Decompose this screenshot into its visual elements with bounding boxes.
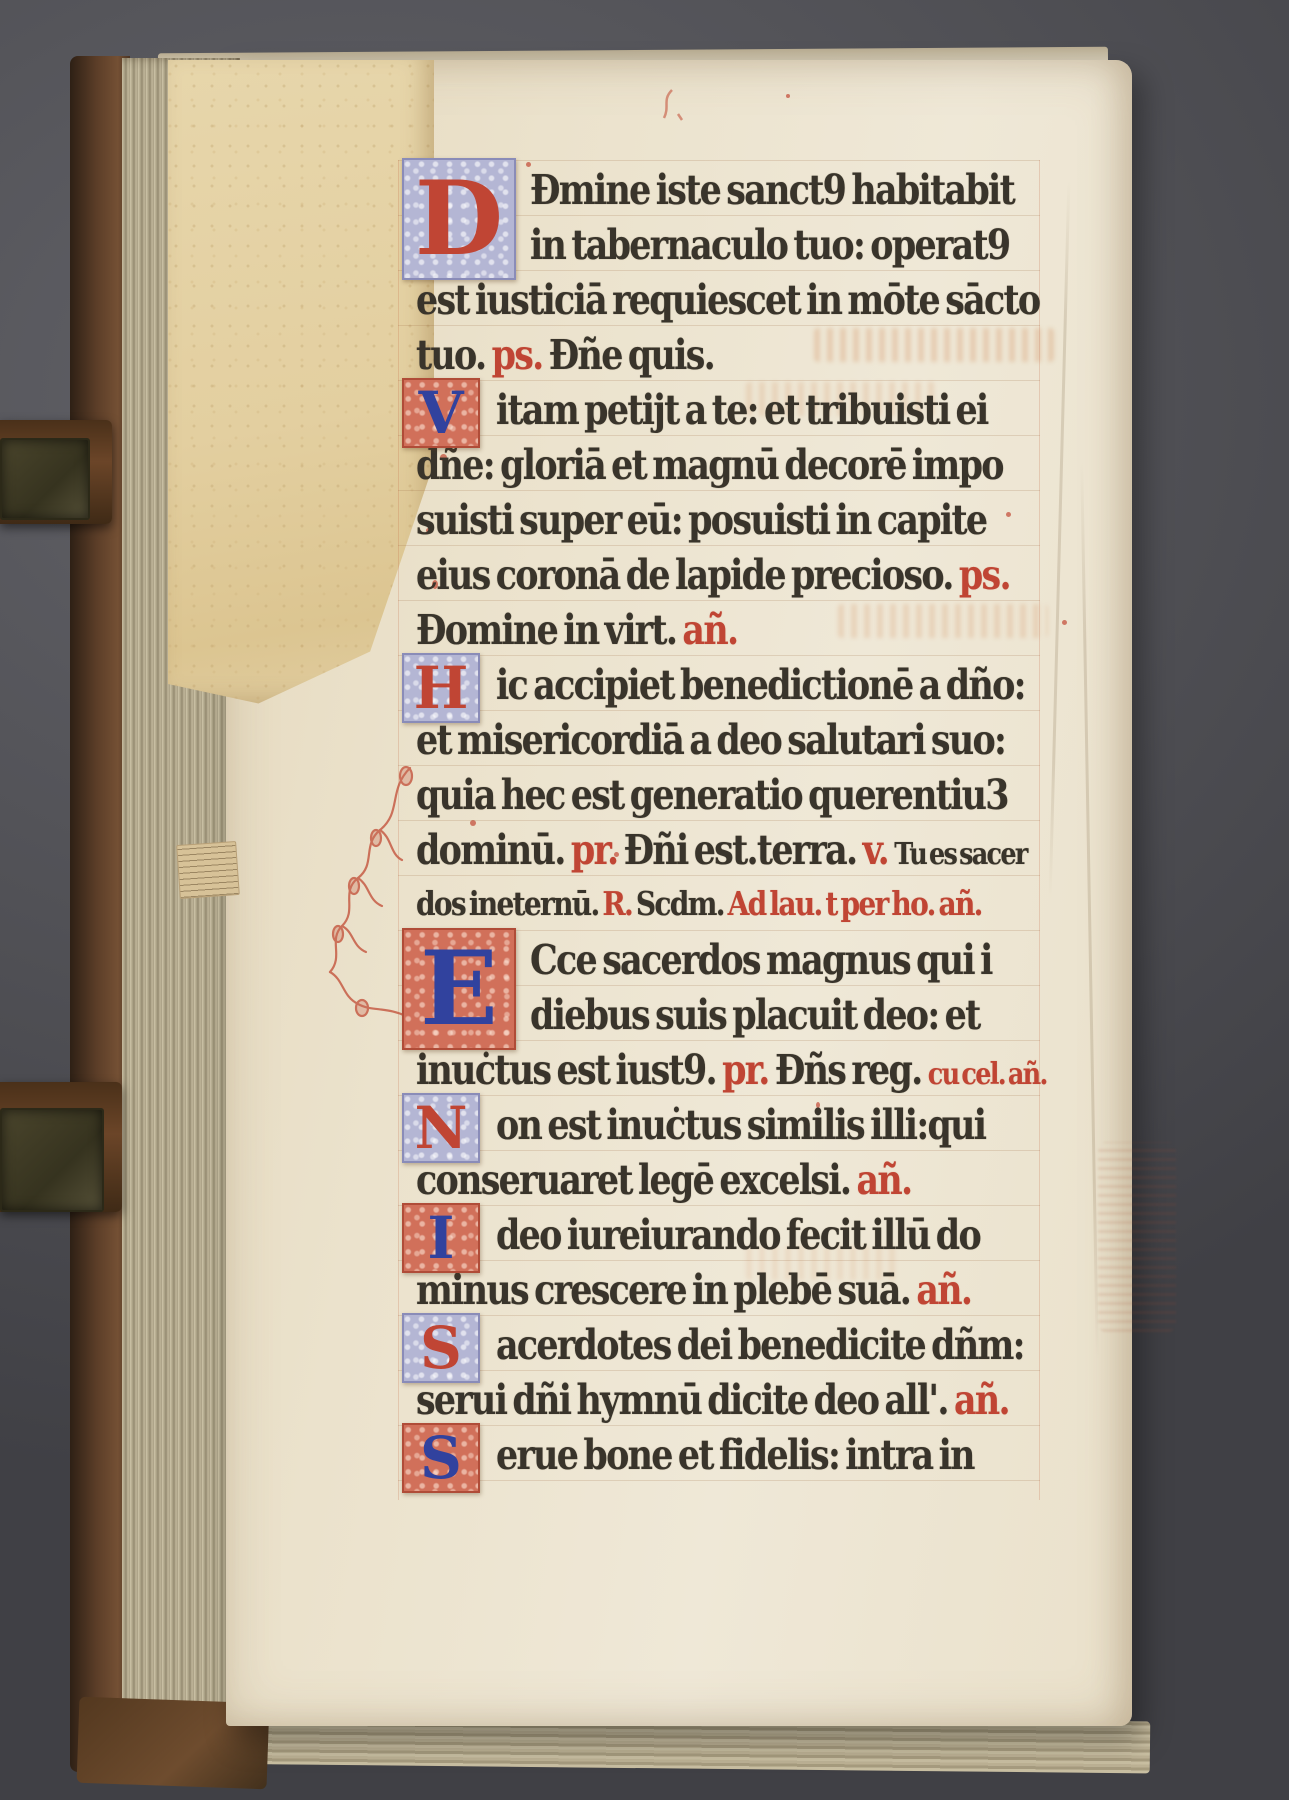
body-text: eius coronā de lapide precioso. [416,551,959,599]
text-line: dominū. pr. Ðñi est.terra. v. Tu es sace… [416,824,1027,879]
rubric-text: añ. [682,606,737,654]
body-text: minus crescere in plebē suā. [416,1266,916,1314]
illuminated-initial: H [402,653,480,723]
text-line: Cce sacerdos magnus qui i [530,934,992,989]
body-text: in tabernaculo tuo: operat9 [530,221,1009,269]
text-line: diebus suis placuit deo: et [530,989,980,1044]
rubric-text: añ. [856,1156,911,1204]
parchment-tab-with-writing [176,841,240,899]
illuminated-initial: E [402,928,516,1050]
text-line: quia hec est generatio querentiu3 [416,769,1008,824]
text-line: est iusticiā requiescet in mōte sācto [416,274,1039,329]
body-text: Ðñi est.terra. [624,826,863,874]
body-text: tuo. [416,331,492,379]
body-text: est iusticiā requiescet in mōte sācto [416,276,1039,324]
body-text: on est inuċtus similis illi:qui [496,1101,985,1149]
text-line: deo iureiurando fecit illū do [496,1209,980,1264]
manuscript-page: Ðmine iste sanct9 habitabitin tabernacul… [226,60,1132,1726]
text-line: erue bone et fidelis: intra in [496,1429,974,1484]
text-line: dos ineternū. R. Scdm. Ad lau. t per ho.… [416,879,982,934]
illuminated-initial: N [402,1093,480,1163]
body-text: itam petijt a te: et tribuisti ei [496,386,988,434]
page-crease [1080,460,1099,1360]
text-line: serui dñi hymnū dicite deo all'. añ. [416,1374,1009,1429]
text-line: conseruaret legē excelsi. añ. [416,1154,911,1209]
rubric-text: ps. [959,551,1010,599]
body-text: Scdm. [636,884,728,923]
rubric-text: pr. [722,1046,775,1094]
metal-clasp-top [0,438,90,520]
previous-folio-corner [168,60,434,710]
body-text: Cce sacerdos magnus qui i [530,936,992,984]
text-line: on est inuċtus similis illi:qui [496,1099,985,1154]
text-line: inuċtus est iust9. pr. Ðñs reg. cu cel. … [416,1044,1047,1099]
text-line: acerdotes dei benedicite dñm: [496,1319,1024,1374]
ink-speck [786,94,790,98]
text-line: eius coronā de lapide precioso. ps. [416,549,1010,604]
rubric-text: añ. [954,1376,1009,1424]
text-line: itam petijt a te: et tribuisti ei [496,384,988,439]
rubric-text: v. [863,826,895,874]
text-line: minus crescere in plebē suā. añ. [416,1264,971,1319]
text-line: et misericordiā a deo salutari suo: [416,714,1005,769]
body-text: Tu es sacer [894,837,1026,872]
text-line: tuo. ps. Ðñe quis. [416,329,714,384]
text-block: Ðmine iste sanct9 habitabitin tabernacul… [416,164,1056,1544]
rubric-text: cu cel. añ. [928,1057,1047,1092]
rubric-text: Ad lau. t per ho. añ. [728,884,982,923]
top-margin-red-mark [654,84,690,124]
text-line: in tabernaculo tuo: operat9 [530,219,1009,274]
body-text: Ðomine in virt. [416,606,682,654]
text-line: ic accipiet benedictionē a dño: [496,659,1025,714]
body-text: Ðñs reg. [775,1046,928,1094]
body-text: conseruaret legē excelsi. [416,1156,856,1204]
body-text: erue bone et fidelis: intra in [496,1431,974,1479]
body-text: serui dñi hymnū dicite deo all'. [416,1376,954,1424]
body-text: diebus suis placuit deo: et [530,991,980,1039]
body-text: dñe: gloriā et magnū decorē impo [416,441,1003,489]
metal-clasp-bottom [0,1108,104,1212]
body-text: dos ineternū. [416,884,602,923]
text-line: Ðmine iste sanct9 habitabit [530,164,1014,219]
rubric-text: R. [602,884,635,923]
illuminated-initial: S [402,1313,480,1383]
body-text: Ðñe quis. [549,331,714,379]
body-text: quia hec est generatio querentiu3 [416,771,1008,819]
illuminated-initial: S [402,1423,480,1493]
ink-speck [1062,620,1067,625]
text-line: dñe: gloriā et magnū decorē impo [416,439,1003,494]
body-text: inuċtus est iust9. [416,1046,722,1094]
text-line: Ðomine in virt. añ. [416,604,737,659]
body-text: dominū. [416,826,571,874]
text-line: suisti super eū: posuisti in capite [416,494,986,549]
body-text: et misericordiā a deo salutari suo: [416,716,1005,764]
illuminated-initial: D [402,158,516,280]
illuminated-initial: V [402,378,480,448]
book-spine [70,56,130,1772]
body-text: ic accipiet benedictionē a dño: [496,661,1025,709]
body-text: deo iureiurando fecit illū do [496,1211,980,1259]
body-text: suisti super eū: posuisti in capite [416,496,986,544]
rubric-text: pr. [571,826,624,874]
body-text: acerdotes dei benedicite dñm: [496,1321,1024,1369]
rubric-text: ps. [492,331,549,379]
rubric-text: añ. [916,1266,971,1314]
illuminated-initial: I [402,1203,480,1273]
manuscript-photo: { "manuscript": { "description": "Illumi… [0,0,1289,1800]
body-text: Ðmine iste sanct9 habitabit [530,166,1014,214]
faint-margin-scribbles [1098,1142,1176,1332]
